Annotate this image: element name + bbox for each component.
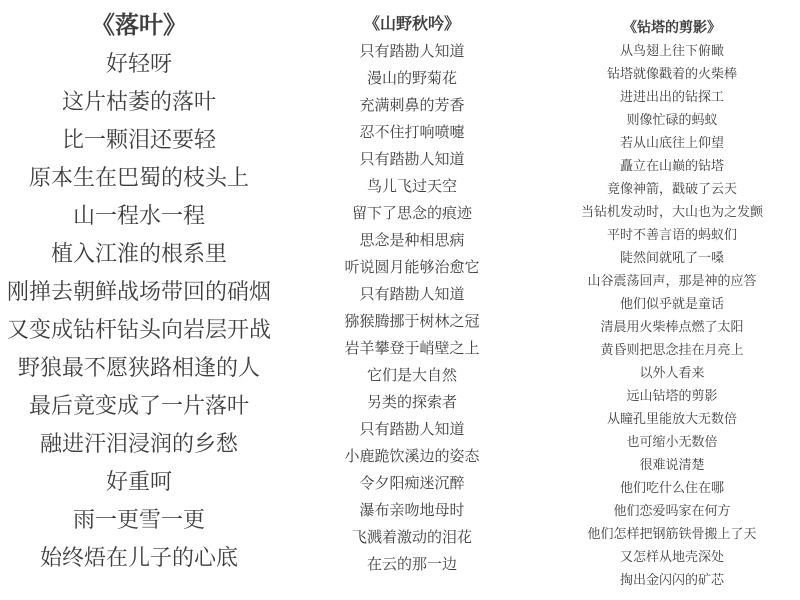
poem-line: 矗立在山巅的钻塔 [560,154,784,177]
poem-line: 只有踏勘人知道 [300,146,524,173]
poem-line: 他们恋爱吗家在何方 [560,499,784,522]
poem-line: 山谷震荡回声，那是神的应答 [560,269,784,292]
poem-line: 漫山的野菊花 [300,65,524,92]
poem-line: 野狼最不愿狭路相逢的人 [0,349,278,387]
poem-line: 思念是种相思病 [300,227,524,254]
poem-line: 他们似乎就是童话 [560,292,784,315]
poem-column-mountain-autumn-song: 《山野秋吟》 只有踏勘人知道漫山的野菊花充满刺鼻的芳香忍不住打响喷嚏只有踏勘人知… [300,11,524,578]
poem-line: 好轻呀 [0,45,278,83]
poem-line: 留下了思念的痕迹 [300,200,524,227]
poem-line: 只有踏勘人知道 [300,281,524,308]
poem-title: 《山野秋吟》 [300,11,524,38]
poem-line: 飞溅着激动的泪花 [300,524,524,551]
poem-line: 融进汗泪浸润的乡愁 [0,425,278,463]
poem-line: 小鹿跪饮溪边的姿态 [300,443,524,470]
poem-line: 雨一更雪一更 [0,501,278,539]
poem-line: 好重呵 [0,463,278,501]
poem-line: 他们怎样把钢筋铁骨搬上了天 [560,522,784,545]
poem-line: 当钻机发动时，大山也为之发颤 [560,200,784,223]
poem-line: 他们吃什么住在哪 [560,476,784,499]
poem-line: 山一程水一程 [0,197,278,235]
poem-line: 钻塔就像戳着的火柴棒 [560,62,784,85]
poem-line: 又变成钻杆钻头向岩层开战 [0,311,278,349]
poems-document-page: 《落叶》 好轻呀这片枯萎的落叶比一颗泪还要轻原本生在巴蜀的枝头上山一程水一程植入… [0,0,800,600]
poem-lines: 从鸟翅上往下俯瞰钻塔就像戳着的火柴棒进进出出的钻探工则像忙碌的蚂蚁若从山底往上仰… [560,39,784,591]
poem-column-falling-leaf: 《落叶》 好轻呀这片枯萎的落叶比一颗泪还要轻原本生在巴蜀的枝头上山一程水一程植入… [0,7,278,577]
poem-line: 也可缩小无数倍 [560,430,784,453]
poem-line: 从鸟翅上往下俯瞰 [560,39,784,62]
poem-line: 它们是大自然 [300,362,524,389]
poem-line: 很难说清楚 [560,453,784,476]
poem-line: 陡然间就吼了一嗓 [560,246,784,269]
poem-line: 又怎样从地壳深处 [560,545,784,568]
poem-title: 《钻塔的剪影》 [560,16,784,39]
poem-line: 清晨用火柴棒点燃了太阳 [560,315,784,338]
poem-line: 另类的探索者 [300,389,524,416]
poem-line: 黄昏则把思念挂在月亮上 [560,338,784,361]
poem-line: 猕猴腾挪于树林之冠 [300,308,524,335]
poem-line: 平时不善言语的蚂蚁们 [560,223,784,246]
poem-line: 忍不住打响喷嚏 [300,119,524,146]
poem-line: 则像忙碌的蚂蚁 [560,108,784,131]
poem-lines: 只有踏勘人知道漫山的野菊花充满刺鼻的芳香忍不住打响喷嚏只有踏勘人知道鸟儿飞过天空… [300,38,524,578]
poem-lines: 好轻呀这片枯萎的落叶比一颗泪还要轻原本生在巴蜀的枝头上山一程水一程植入江淮的根系… [0,45,278,577]
poem-line: 鸟儿飞过天空 [300,173,524,200]
poem-line: 从瞳孔里能放大无数倍 [560,407,784,430]
poem-line: 令夕阳痴迷沉醉 [300,470,524,497]
poem-line: 进进出出的钻探工 [560,85,784,108]
poem-line: 只有踏勘人知道 [300,38,524,65]
poem-line: 竟像神箭，戳破了云天 [560,177,784,200]
poem-line: 最后竟变成了一片落叶 [0,387,278,425]
poem-line: 掏出金闪闪的矿芯 [560,568,784,591]
poem-line: 只有踏勘人知道 [300,416,524,443]
poem-line: 植入江淮的根系里 [0,235,278,273]
poem-line: 在云的那一边 [300,551,524,578]
poem-line: 这片枯萎的落叶 [0,83,278,121]
poem-line: 听说圆月能够治愈它 [300,254,524,281]
poem-title: 《落叶》 [0,7,278,45]
poem-line: 以外人看来 [560,361,784,384]
poem-line: 始终焐在儿子的心底 [0,539,278,577]
poem-line: 远山钻塔的剪影 [560,384,784,407]
poem-line: 瀑布亲吻地母时 [300,497,524,524]
poem-line: 充满刺鼻的芳香 [300,92,524,119]
poem-line: 原本生在巴蜀的枝头上 [0,159,278,197]
poem-line: 刚掸去朝鲜战场带回的硝烟 [0,273,278,311]
poem-column-drill-tower-silhouette: 《钻塔的剪影》 从鸟翅上往下俯瞰钻塔就像戳着的火柴棒进进出出的钻探工则像忙碌的蚂… [560,16,784,591]
poem-line: 若从山底往上仰望 [560,131,784,154]
poem-line: 岩羊攀登于峭壁之上 [300,335,524,362]
poem-line: 比一颗泪还要轻 [0,121,278,159]
